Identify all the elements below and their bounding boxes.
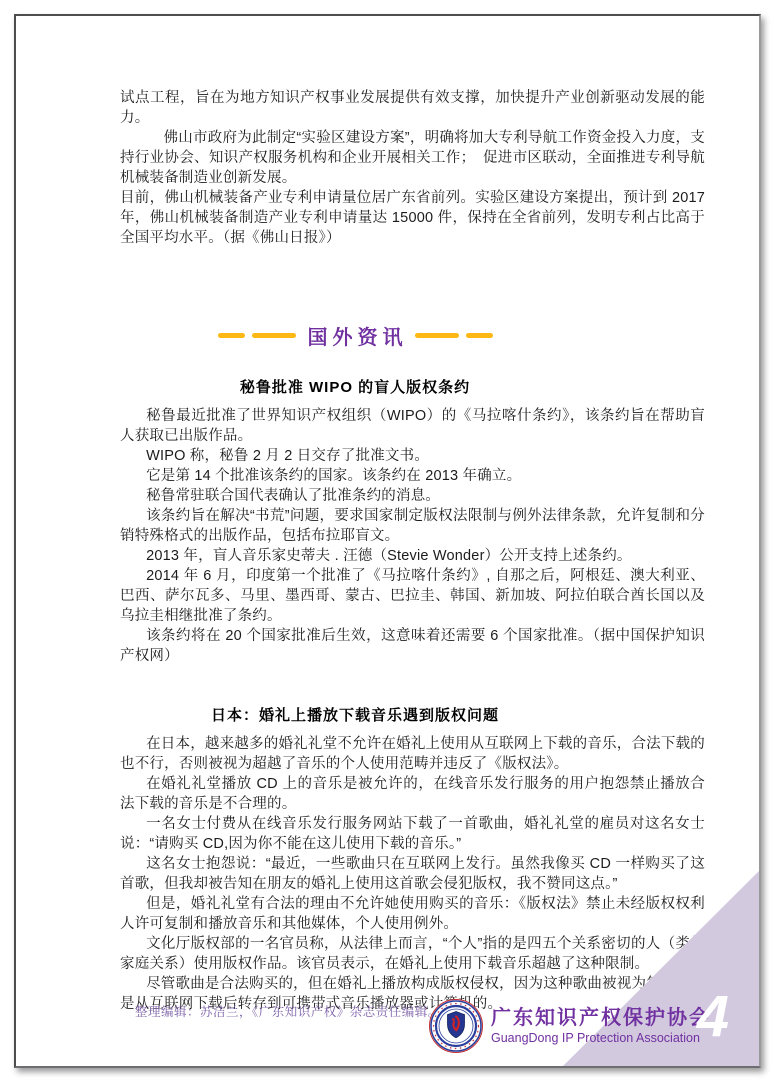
document-canvas: 试点工程，旨在为地方知识产权事业发展提供有效支撑，加快提升产业创新驱动发展的能力…	[0, 0, 777, 1086]
page-number: 4	[697, 988, 729, 1046]
paragraph: 试点工程，旨在为地方知识产权事业发展提供有效支撑，加快提升产业创新驱动发展的能力…	[120, 88, 705, 128]
association-name-en: GuangDong IP Protection Association	[491, 1030, 711, 1046]
article-body: 秘鲁最近批准了世界知识产权组织（WIPO）的《马拉喀什条约》，该条约旨在帮助盲人…	[120, 406, 705, 666]
heading-dash-icon	[466, 333, 493, 338]
paragraph: 佛山市政府为此制定“实验区建设方案”，明确将加大专利导航工作资金投入力度，支持行…	[120, 128, 705, 188]
section-title: 国外资讯	[303, 321, 408, 350]
paragraph: 在日本，越来越多的婚礼礼堂不允许在婚礼上使用从互联网上下载的音乐，合法下载的也不…	[120, 734, 705, 774]
paragraph: 在婚礼礼堂播放 CD 上的音乐是被允许的，在线音乐发行服务的用户抱怨禁止播放合法…	[120, 774, 705, 814]
paragraph: 这名女士抱怨说：“最近，一些歌曲只在互联网上发行。虽然我像买 CD 一样购买了这…	[120, 854, 705, 894]
heading-dash-icon	[218, 333, 245, 338]
paragraph: 该条约旨在解决“书荒”问题，要求国家制定版权法限制与例外法律条款，允许复制和分销…	[120, 506, 705, 546]
paragraph: 文化厅版权部的一名官员称，从法律上而言，“个人”指的是四五个关系密切的人（类似家…	[120, 934, 705, 974]
paragraph: 秘鲁常驻联合国代表确认了批准条约的消息。	[120, 486, 705, 506]
section-heading: 国外资讯	[120, 322, 590, 348]
association-brand: 广东知识产权保护协会 GuangDong IP Protection Assoc…	[428, 998, 711, 1054]
paragraph: 一名女士付费从在线音乐发行服务网站下载了一首歌曲，婚礼礼堂的雇员对这名女士说：“…	[120, 814, 705, 854]
article-body: 在日本，越来越多的婚礼礼堂不允许在婚礼上使用从互联网上下载的音乐，合法下载的也不…	[120, 734, 705, 1014]
page-content: 试点工程，旨在为地方知识产权事业发展提供有效支撑，加快提升产业创新驱动发展的能力…	[16, 16, 759, 1014]
document-page: 试点工程，旨在为地方知识产权事业发展提供有效支撑，加快提升产业创新驱动发展的能力…	[14, 14, 761, 1068]
intro-text-block: 试点工程，旨在为地方知识产权事业发展提供有效支撑，加快提升产业创新驱动发展的能力…	[120, 88, 705, 248]
paragraph: 目前，佛山机械装备产业专利申请量位居广东省前列。实验区建设方案提出，预计到 20…	[120, 188, 705, 248]
article-title: 日本：婚礼上播放下载音乐遇到版权问题	[120, 706, 590, 726]
section-heading-wrap: 国外资讯	[120, 322, 590, 348]
association-name-block: 广东知识产权保护协会 GuangDong IP Protection Assoc…	[491, 1006, 711, 1046]
association-emblem-icon	[428, 998, 484, 1054]
heading-dash-icon	[252, 333, 296, 338]
paragraph: 它是第 14 个批准该条约的国家。该条约在 2013 年确立。	[120, 466, 705, 486]
paragraph: 2013 年，盲人音乐家史蒂夫 . 汪德（Stevie Wonder）公开支持上…	[120, 546, 705, 566]
article-title: 秘鲁批准 WIPO 的盲人版权条约	[120, 378, 590, 398]
paragraph: 该条约将在 20 个国家批准后生效，这意味着还需要 6 个国家批准。（据中国保护…	[120, 626, 705, 666]
paragraph: WIPO 称，秘鲁 2 月 2 日交存了批准文书。	[120, 446, 705, 466]
heading-dash-icon	[415, 333, 459, 338]
paragraph: 但是，婚礼礼堂有合法的理由不允许她使用购买的音乐：《版权法》禁止未经版权权利人许…	[120, 894, 705, 934]
paragraph: 秘鲁最近批准了世界知识产权组织（WIPO）的《马拉喀什条约》，该条约旨在帮助盲人…	[120, 406, 705, 446]
paragraph: 2014 年 6 月，印度第一个批准了《马拉喀什条约》, 自那之后，阿根廷、澳大…	[120, 566, 705, 626]
association-name-cn: 广东知识产权保护协会	[491, 1006, 711, 1030]
editor-note: 整理编辑：苏洁兰，《广东知识产权》杂志责任编辑。	[135, 1002, 441, 1020]
